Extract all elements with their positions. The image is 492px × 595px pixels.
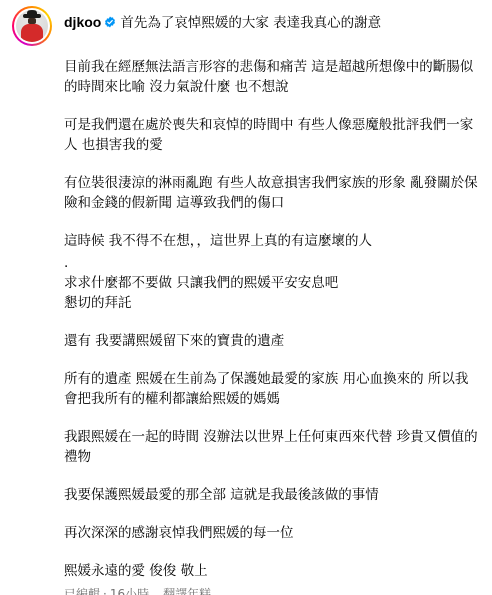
avatar-body (21, 24, 43, 42)
caption-first-line: 首先為了哀悼熙媛的大家 表達我真心的謝意 (120, 15, 381, 31)
caption-header: djkoo首先為了哀悼熙媛的大家 表達我真心的謝意 (64, 12, 480, 33)
footer-separator: · (103, 587, 107, 595)
caption-paragraph-9: 我要保護熙媛最愛的那全部 這就是我最後該做的事情 (64, 485, 480, 505)
caption-signature: 熙媛永遠的愛 俊俊 敬上 (64, 561, 480, 581)
caption-content: djkoo首先為了哀悼熙媛的大家 表達我真心的謝意 目前我在經歷無法語言形容的悲… (64, 6, 480, 595)
avatar-icon (16, 10, 48, 42)
caption-paragraph-4: 這時候 我不得不在想，，這世界上真的有這麼壞的人 (64, 231, 480, 251)
edited-label: 已編輯 (64, 587, 100, 595)
caption-paragraph-7: 所有的遺產 熙媛在生前為了保護她最愛的家族 用心血換來的 所以我會把我所有的權利… (64, 369, 480, 409)
avatar[interactable] (12, 6, 52, 46)
avatar-frame (14, 8, 50, 44)
caption-dot-line: . (64, 253, 480, 273)
username-link[interactable]: djkoo (64, 14, 101, 30)
caption-paragraph-2: 可是我們還在處於喪失和哀悼的時間中 有些人像惡魔般批評我們一家人 也損害我的愛 (64, 115, 480, 155)
verified-badge-icon (104, 16, 116, 28)
caption-paragraph-1: 目前我在經歷無法語言形容的悲傷和痛苦 這是超越所想像中的斷腸似的時間來比喻 沒力… (64, 57, 480, 97)
caption-footer: 已編輯·16小時翻譯年糕 (64, 585, 480, 595)
caption-paragraph-5: 求求什麼都不要做 只讓我們的熙媛平安安息吧 懇切的拜託 (64, 273, 480, 313)
caption-paragraph-6: 還有 我要講熙媛留下來的寶貴的遺產 (64, 331, 480, 351)
caption-paragraph-8: 我跟熙媛在一起的時間 沒辦法以世界上任何東西來代替 珍貴又價值的禮物 (64, 427, 480, 467)
post-timestamp[interactable]: 16小時 (110, 587, 149, 595)
instagram-caption: djkoo首先為了哀悼熙媛的大家 表達我真心的謝意 目前我在經歷無法語言形容的悲… (0, 0, 492, 595)
caption-paragraph-3: 有位裝很淒涼的淋雨亂跑 有些人故意損害我們家族的形象 亂發關於保險和金錢的假新聞… (64, 173, 480, 213)
caption-paragraph-10: 再次深深的感謝哀悼我們熙媛的每一位 (64, 523, 480, 543)
translate-button[interactable]: 翻譯年糕 (163, 587, 211, 595)
avatar-column (12, 6, 64, 595)
